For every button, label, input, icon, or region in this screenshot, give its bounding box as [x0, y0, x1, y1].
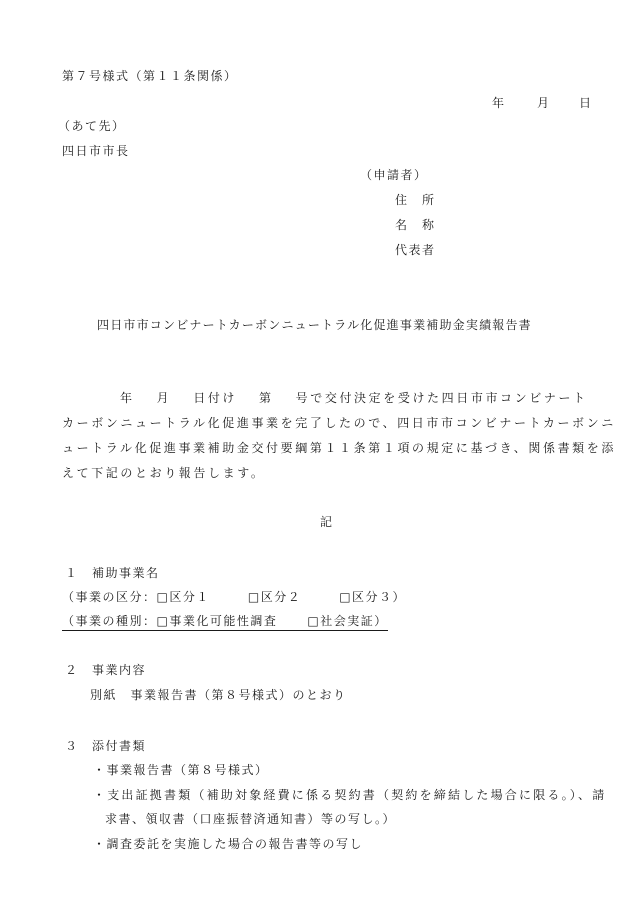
category-option-2[interactable]: □区分２ [248, 590, 301, 604]
type-prefix: （事業の種別： [62, 614, 157, 628]
category-prefix: （事業の区分： [62, 590, 157, 604]
addressee-label: （あて先） [58, 118, 126, 134]
document-title: 四日市市コンビナートカーボンニュートラル化促進事業補助金実績報告書 [97, 317, 532, 333]
form-number: 第７号様式（第１１条関係） [62, 68, 238, 84]
body-line-1-rest: 号で交付決定を受けた四日市市コンビナート [296, 391, 588, 405]
type-option-2[interactable]: □社会実証 [307, 614, 374, 628]
attachment-item-2-continued: 求書、領収書（口座振替済通知書）等の写し。） [105, 811, 396, 827]
section1-type-line: （事業の種別：□事業化可能性調査□社会実証） [62, 613, 388, 631]
type-option-1[interactable]: □事業化可能性調査 [157, 614, 278, 628]
section1-category-line: （事業の区分：□区分１□区分２□区分３） [62, 589, 406, 605]
ki-heading: 記 [320, 514, 334, 530]
attachment-item-3: ・調査委託を実施した場合の報告書等の写し [93, 836, 363, 852]
applicant-label: （申請者） [360, 167, 428, 183]
body-line-2: カーボンニュートラル化促進事業を完了したので、四日市市コンビナートカーボンニ [62, 415, 616, 431]
body-line-3: ュートラル化促進事業補助金交付要綱第１１条第１項の規定に基づき、関係書類を添 [62, 440, 616, 456]
body-month: 月 [157, 391, 172, 405]
category-suffix: ） [393, 590, 407, 604]
addressee-name: 四日市市長 [62, 143, 130, 159]
date-month-label: 月 [537, 95, 551, 111]
body-dated: 日付け [193, 391, 237, 405]
date-day-label: 日 [579, 95, 593, 111]
date-year-label: 年 [492, 95, 506, 111]
body-year: 年 [120, 391, 135, 405]
category-option-1[interactable]: □区分１ [157, 590, 210, 604]
type-suffix: ） [374, 614, 388, 628]
category-option-3[interactable]: □区分３ [339, 590, 392, 604]
attachment-item-1: ・事業報告書（第８号様式） [93, 762, 269, 778]
section2-content: 別紙 事業報告書（第８号様式）のとおり [90, 687, 347, 703]
section2-heading: ２ 事業内容 [65, 662, 146, 678]
body-no: 第 [259, 391, 274, 405]
applicant-representative-label: 代表者 [395, 242, 436, 258]
section3-heading: ３ 添付書類 [65, 738, 146, 754]
applicant-name-label: 名 称 [395, 217, 436, 233]
attachment-item-2: ・支出証拠書類（補助対象経費に係る契約書（契約を締結した場合に限る。）、請 [93, 787, 606, 803]
section1-heading: １ 補助事業名 [65, 565, 160, 581]
body-line-4: えて下記のとおり報告します。 [62, 465, 265, 481]
applicant-address-label: 住 所 [395, 192, 436, 208]
body-line-1: 年月日付け第号で交付決定を受けた四日市市コンビナート [62, 390, 588, 406]
